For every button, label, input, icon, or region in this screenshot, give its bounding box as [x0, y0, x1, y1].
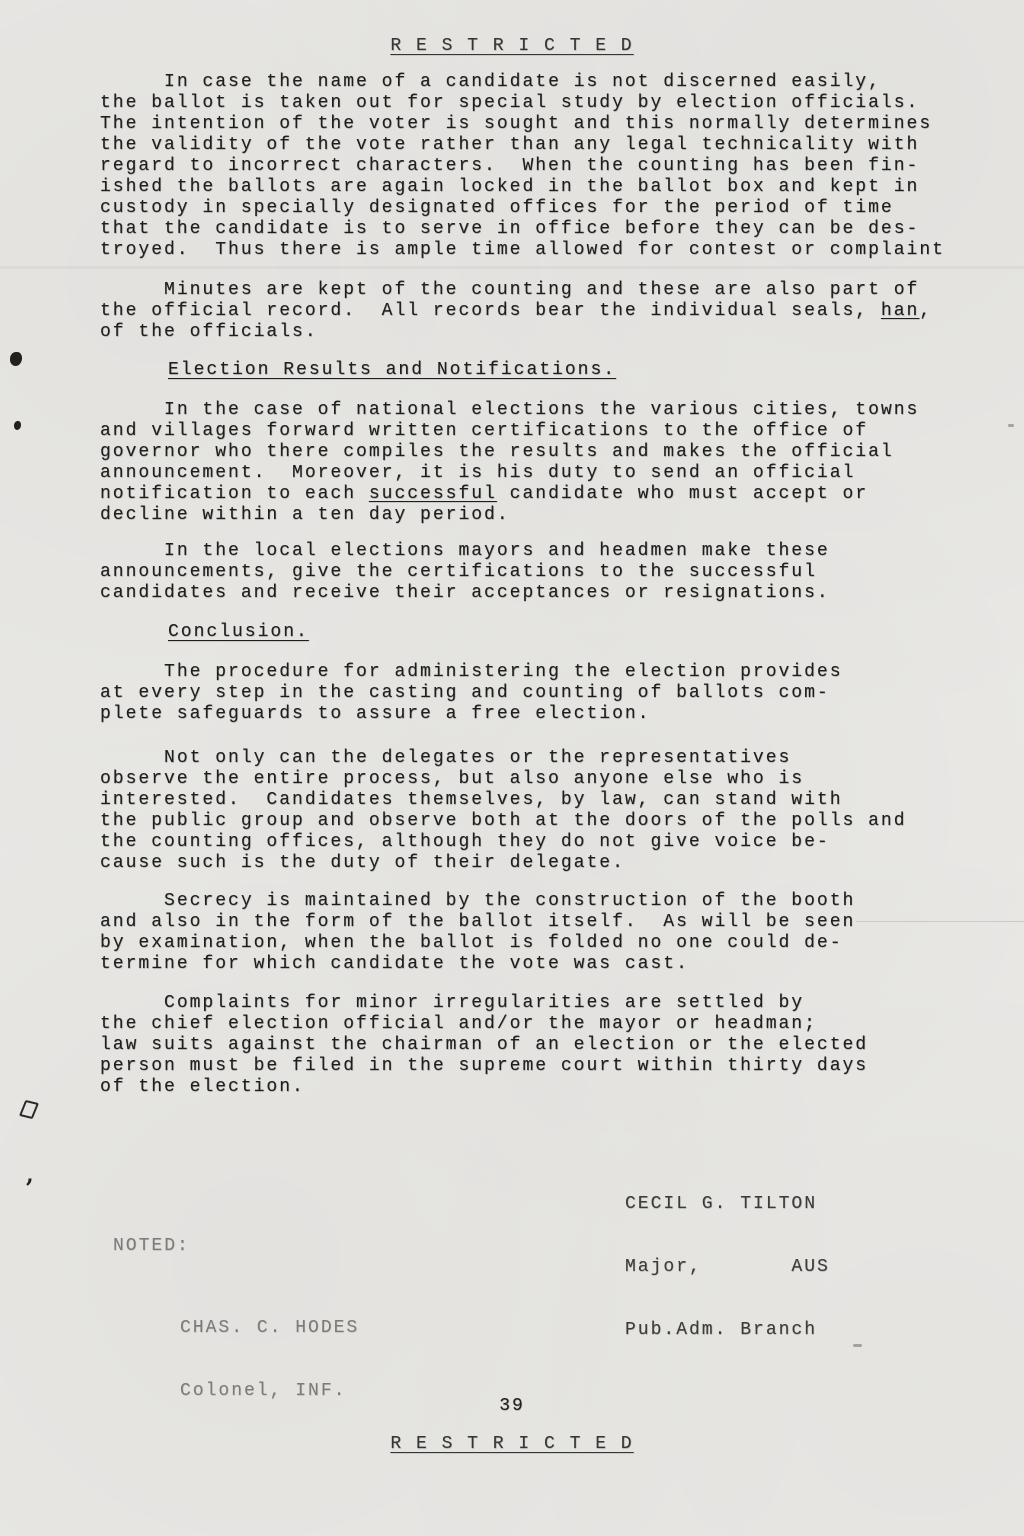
ink-blot	[10, 352, 22, 366]
scan-artifact-band	[0, 266, 1024, 269]
page-number: 39	[0, 1396, 1024, 1417]
paragraph-minutes: Minutes are kept of the counting and the…	[100, 280, 932, 343]
paragraph-complaints: Complaints for minor irregularities are …	[100, 993, 868, 1098]
signature-branch: Pub.Adm. Branch	[625, 1320, 830, 1341]
paragraph-secrecy: Secrecy is maintained by the constructio…	[100, 891, 855, 975]
margin-mark: ,	[26, 1170, 34, 1180]
signature-name: CECIL G. TILTON	[625, 1194, 830, 1215]
signature-rank: Major, AUS	[625, 1257, 830, 1278]
paragraph-national-elections: In the case of national elections the va…	[100, 400, 919, 526]
classification-footer: R E S T R I C T E D	[0, 1434, 1024, 1455]
ink-blot	[14, 421, 21, 430]
section-heading-election-results: Election Results and Notifications.	[168, 360, 616, 381]
approval-signature-block: CHAS. C. HODES Colonel, INF.	[180, 1276, 359, 1444]
document-page: , R E S T R I C T E D In case the name o…	[0, 0, 1024, 1536]
underlined-term-successful: successful	[369, 484, 497, 504]
margin-mark	[19, 1100, 39, 1119]
scan-artifact-line	[856, 921, 1024, 922]
paragraph-text: Minutes are kept of the counting and the…	[100, 280, 919, 321]
paragraph-local-elections: In the local elections mayors and headme…	[100, 541, 830, 604]
underlined-term-han: han	[881, 301, 919, 321]
ink-speck	[853, 1344, 862, 1347]
ink-speck	[1008, 424, 1014, 427]
section-heading-conclusion: Conclusion.	[168, 622, 309, 643]
classification-header: R E S T R I C T E D	[0, 36, 1024, 57]
approval-name: CHAS. C. HODES	[180, 1318, 359, 1339]
signature-block: CECIL G. TILTON Major, AUS Pub.Adm. Bran…	[625, 1152, 830, 1383]
noted-label: NOTED:	[113, 1236, 190, 1257]
paragraph-procedure: The procedure for administering the elec…	[100, 662, 843, 725]
paragraph-ballot-study: In case the name of a candidate is not d…	[100, 72, 945, 261]
paragraph-observers: Not only can the delegates or the repres…	[100, 748, 907, 874]
